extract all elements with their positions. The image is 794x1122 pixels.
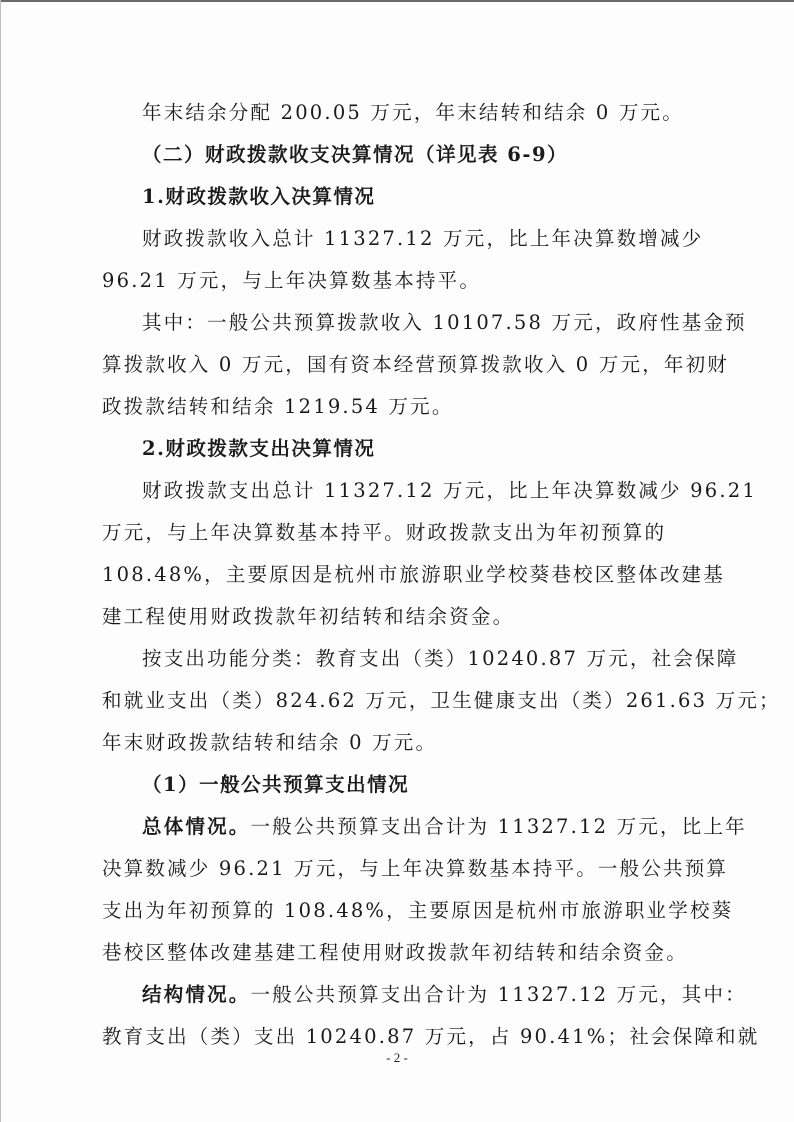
text-line: 建工程使用财政拨款年初结转和结余资金。: [102, 596, 674, 638]
lead-structure: 结构情况。: [142, 983, 251, 1006]
text-line: 万元，与上年决算数基本持平。财政拨款支出为年初预算的: [102, 512, 674, 554]
text-line: 按支出功能分类：教育支出（类）10240.87 万元，社会保障: [102, 638, 674, 680]
document-body: 年末结余分配 200.05 万元，年末结转和结余 0 万元。 （二）财政拨款收支…: [102, 92, 674, 1058]
text-line: 年末结余分配 200.05 万元，年末结转和结余 0 万元。: [102, 92, 674, 134]
text-line: 巷校区整体改建基建工程使用财政拨款年初结转和结余资金。: [102, 932, 674, 974]
text-line: 年末财政拨款结转和结余 0 万元。: [102, 722, 674, 764]
page-top-edge: [0, 0, 794, 2]
text-line: 算拨款收入 0 万元，国有资本经营预算拨款收入 0 万元，年初财: [102, 344, 674, 386]
text-line: 和就业支出（类）824.62 万元，卫生健康支出（类）261.63 万元；: [102, 680, 674, 722]
subheading-expenditure: 2.财政拨款支出决算情况: [102, 428, 674, 470]
page-left-edge: [0, 0, 1, 1122]
lead-overall: 总体情况。: [142, 815, 251, 838]
subheading-general-public-budget: （1）一般公共预算支出情况: [102, 764, 674, 806]
page-number: - 2 -: [0, 1050, 794, 1066]
text-line: 结构情况。一般公共预算支出合计为 11327.12 万元，其中：: [102, 974, 674, 1016]
subheading-income: 1.财政拨款收入决算情况: [102, 176, 674, 218]
text-line: 其中：一般公共预算拨款收入 10107.58 万元，政府性基金预: [102, 302, 674, 344]
text-line: 96.21 万元，与上年决算数基本持平。: [102, 260, 674, 302]
text-line: 政拨款结转和结余 1219.54 万元。: [102, 386, 674, 428]
section-heading-fiscal-appropriation: （二）财政拨款收支决算情况（详见表 6-9）: [102, 134, 674, 176]
text-line: 支出为年初预算的 108.48%，主要原因是杭州市旅游职业学校葵: [102, 890, 674, 932]
text-line: 总体情况。一般公共预算支出合计为 11327.12 万元，比上年: [102, 806, 674, 848]
text-line: 108.48%，主要原因是杭州市旅游职业学校葵巷校区整体改建基: [102, 554, 674, 596]
text-span: 一般公共预算支出合计为 11327.12 万元，其中：: [251, 983, 747, 1006]
text-line: 财政拨款支出总计 11327.12 万元，比上年决算数减少 96.21: [102, 470, 674, 512]
text-span: 一般公共预算支出合计为 11327.12 万元，比上年: [251, 815, 747, 838]
text-line: 财政拨款收入总计 11327.12 万元，比上年决算数增减少: [102, 218, 674, 260]
text-line: 决算数减少 96.21 万元，与上年决算数基本持平。一般公共预算: [102, 848, 674, 890]
